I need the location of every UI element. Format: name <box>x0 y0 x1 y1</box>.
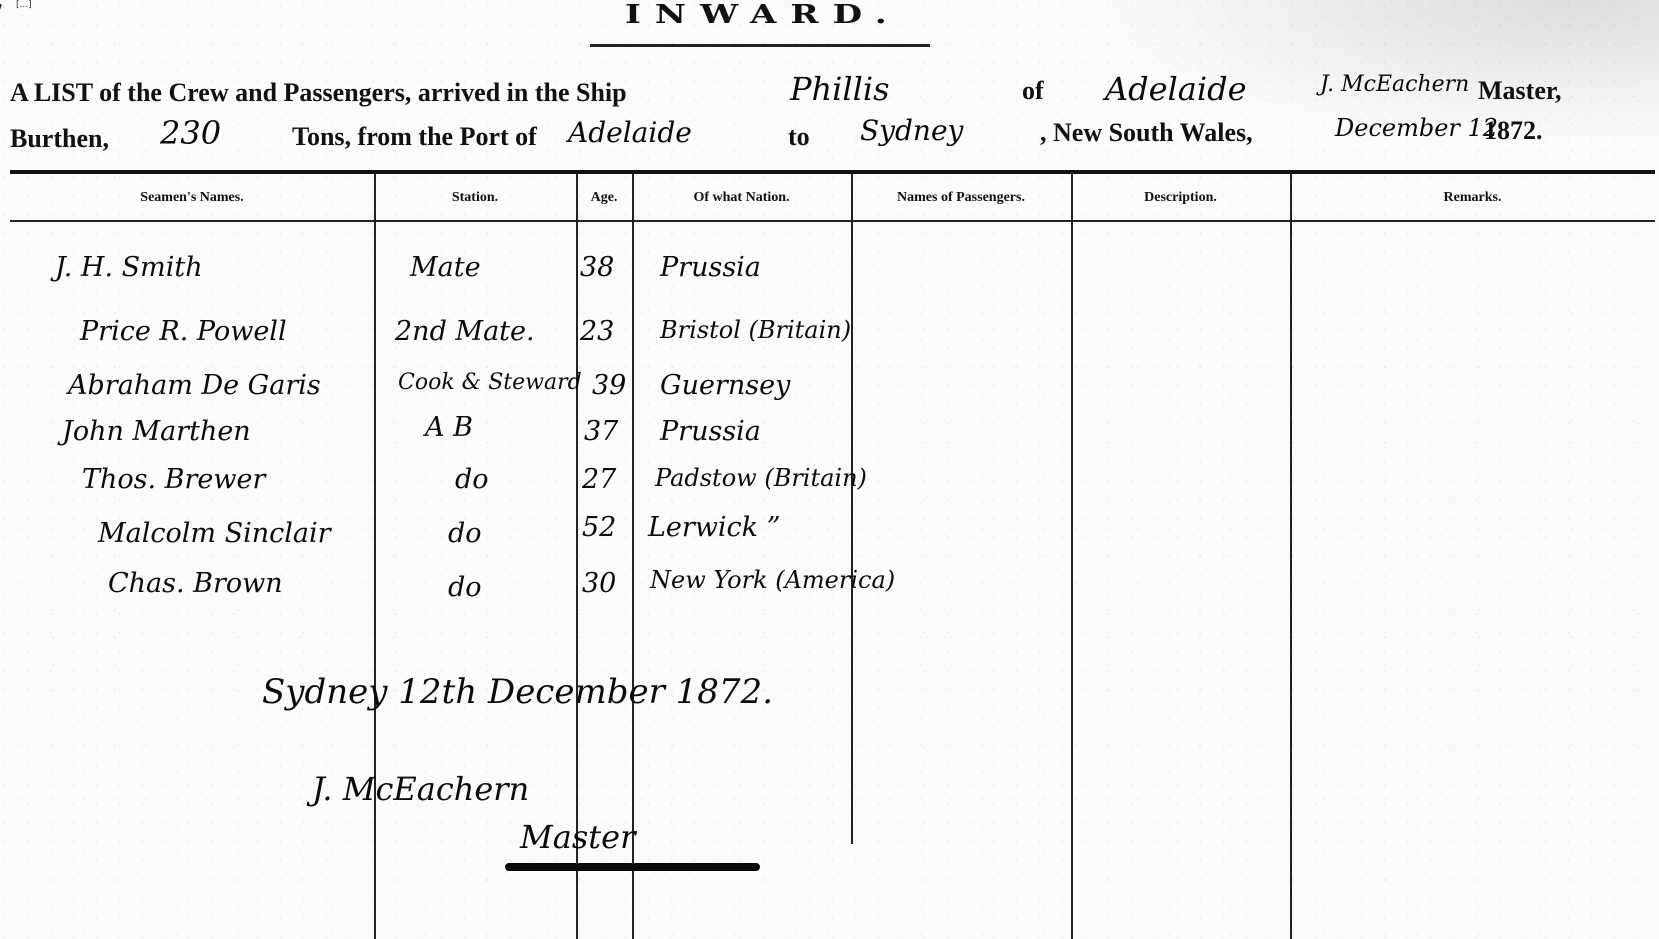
signature-flourish <box>505 863 760 871</box>
col-header-station: Station. <box>374 190 576 206</box>
nation: New York (America) <box>650 566 895 594</box>
form-title: INWARD. <box>625 1 901 28</box>
seaman-name: Malcolm Sinclair <box>98 518 331 549</box>
col-header-nation: Of what Nation. <box>632 190 851 206</box>
burthen-label: Burthen, <box>10 124 109 154</box>
seaman-name: John Marthen <box>62 416 251 447</box>
column-divider <box>1071 174 1073 939</box>
table-top-rule <box>10 170 1655 174</box>
master-role: Master <box>520 818 635 856</box>
date-year: 1872. <box>1484 116 1543 146</box>
age: 52 <box>582 512 616 543</box>
col-header-remarks: Remarks. <box>1290 190 1655 206</box>
station: do <box>455 464 489 495</box>
seaman-name: J. H. Smith <box>55 252 203 283</box>
col-header-age: Age. <box>576 190 632 206</box>
seaman-name: Abraham De Garis <box>68 370 321 401</box>
column-divider <box>374 174 376 939</box>
burthen-tons: 230 <box>160 114 221 152</box>
nation: Guernsey <box>660 370 790 401</box>
from-port: Adelaide <box>568 116 692 149</box>
column-divider <box>851 174 853 844</box>
nation: Bristol (Britain) <box>660 316 851 344</box>
station: do <box>448 572 482 603</box>
nation: Prussia <box>660 252 761 283</box>
tons-label: Tons, from the Port of <box>292 122 537 152</box>
col-header-description: Description. <box>1071 190 1290 206</box>
station: 2nd Mate. <box>395 316 535 347</box>
corner-tag: [...] <box>16 0 32 10</box>
ship-name: Phillis <box>790 70 890 108</box>
title-underline <box>590 44 930 47</box>
to-label: to <box>788 122 810 152</box>
master-signature: J. McEachern <box>312 770 529 808</box>
nsw-label: , New South Wales, <box>1040 118 1253 148</box>
corner-pen-stroke <box>0 4 2 40</box>
seaman-name: Thos. Brewer <box>82 464 265 495</box>
station: Cook & Steward <box>398 370 582 395</box>
age: 30 <box>582 568 616 599</box>
seaman-name: Chas. Brown <box>108 568 283 599</box>
header-bottom-rule <box>10 220 1655 222</box>
seaman-name: Price R. Powell <box>80 316 287 347</box>
station: A B <box>425 412 473 443</box>
master-name-header: J. McEachern <box>1320 72 1469 97</box>
age: 37 <box>584 416 618 447</box>
station: do <box>448 518 482 549</box>
place-and-date: Sydney 12th December 1872. <box>262 672 773 712</box>
nation: Prussia <box>660 416 761 447</box>
col-header-seamens-names: Seamen's Names. <box>10 190 374 206</box>
col-header-passengers: Names of Passengers. <box>851 190 1071 206</box>
master-label: Master, <box>1478 76 1562 106</box>
of-label: of <box>1022 76 1044 106</box>
age: 39 <box>592 370 626 401</box>
station: Mate <box>410 252 481 283</box>
date-month: December 12 <box>1335 114 1498 142</box>
nation: Padstow (Britain) <box>655 464 867 492</box>
nation: Lerwick ” <box>648 512 780 543</box>
column-divider <box>1290 174 1292 939</box>
home-port: Adelaide <box>1105 70 1247 108</box>
age: 38 <box>580 252 614 283</box>
to-port: Sydney <box>860 114 963 147</box>
age: 23 <box>580 316 614 347</box>
age: 27 <box>582 464 616 495</box>
header-line-1: A LIST of the Crew and Passengers, arriv… <box>10 78 627 108</box>
